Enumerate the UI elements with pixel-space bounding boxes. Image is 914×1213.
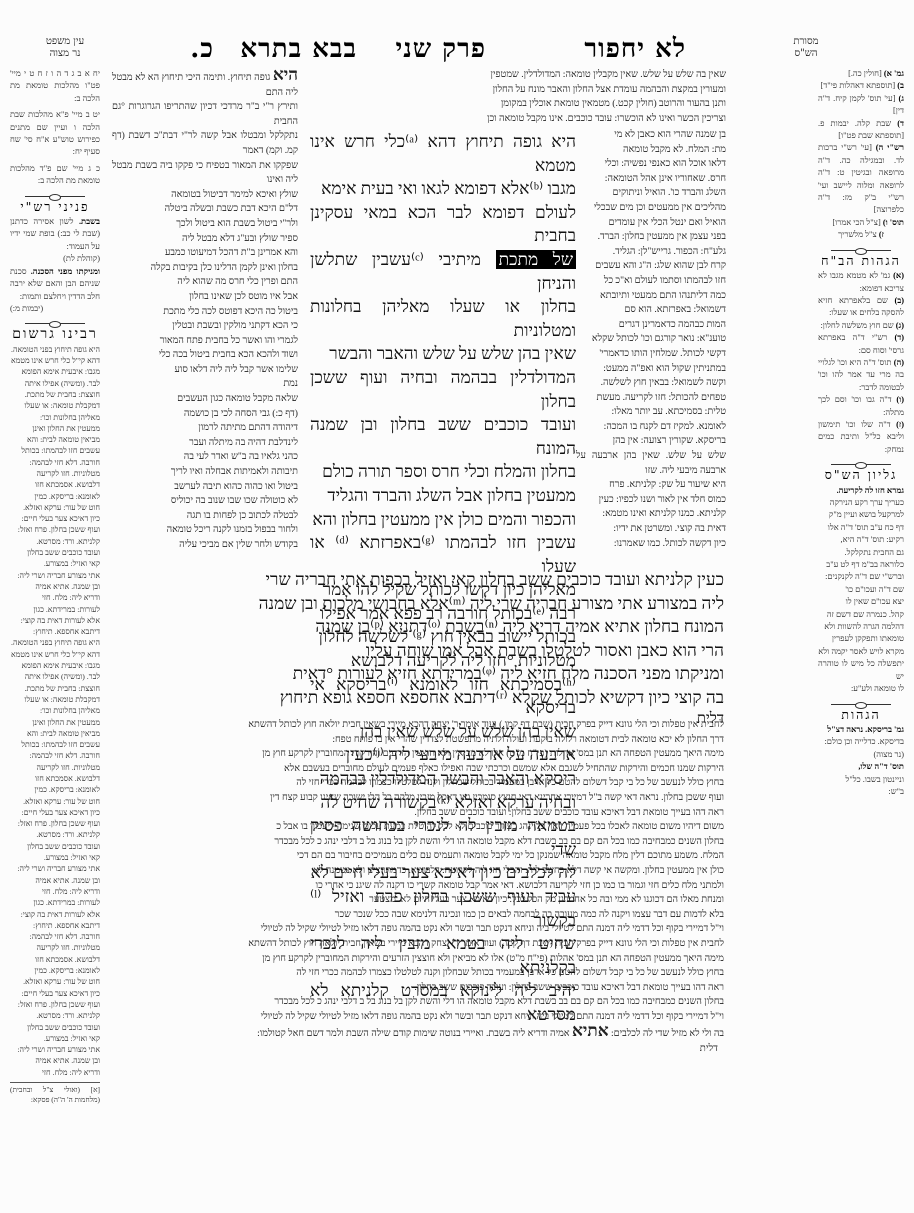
gershom-line: ועוף ששכן בחלון. פרח ואזל: [10, 999, 100, 1010]
gershom-line: ועובד כוכבים ששב בחלון [10, 841, 100, 852]
chapter-number: פרק שני [395, 34, 486, 64]
masoret-hashas: גמ' א) [חולין כה.] ב) [תוספתא דאהלות פי"… [818, 68, 904, 798]
gershom-line: דיתבא אחספא. תיחוץ: [10, 920, 100, 931]
tosafot-line: שלאה מקבל טומאה כגון העשבים [112, 392, 298, 407]
gershom-footnote: [א] (ואולי צ"ל ובחבית) (מלחמות ה' ה"ה) פ… [10, 1082, 100, 1105]
gemara-line: ממעטין בחלון אבל השלג והברד והגליד [310, 484, 576, 508]
entry-mark: (ה) [894, 358, 904, 367]
tractate-name: בבא בתרא [240, 34, 357, 64]
habach-entry: (ה) תוס' ד"ה היא וכו' לגלויי בה מרי עד א… [818, 357, 904, 394]
tosafot-line: והא אמרינן ב"ת דהכל דמיעוטו כמבע [112, 246, 298, 261]
entry-mark: ז) [879, 230, 884, 239]
rashi-line: קלניתא. כמנו קלניתא ואינו מטמא: [576, 507, 726, 522]
entry-mark: (ב) [894, 296, 904, 305]
tosafot-line: התם ופרין כלי חרס מה שהוא ליה [112, 275, 298, 290]
masoret-entry: ב) [תוספתא דאהלות פי"ד] [818, 80, 904, 92]
rashi-line: גלע"ח: הכפור. גרייש"לן: הגליד. [576, 245, 726, 260]
habach-entry: (א) גמ' לא מטמא מגבו לא צריכא דפומא: [818, 270, 904, 295]
masoret-entry: גמ' א) [חולין כה.] [818, 68, 904, 80]
ornament-divider [831, 464, 891, 465]
gershom-line: ודריא ליה: מלח. חזי [10, 1067, 100, 1078]
gershom-line: ובן שמנה. אתיא אמיה [10, 1055, 100, 1066]
habach-entry: (ז) ד"ה שלו וכו' תימשון וליבא כל"ל ותיבת… [818, 419, 904, 456]
gershom-line: ממעטין את החלון ואינן [10, 423, 100, 434]
gershom-line: מביאין טומאה לבית: והא [10, 728, 100, 739]
rashi-line: לאומנא. למקיז דם לקנח בו המכה: [576, 420, 726, 435]
entry-text: ד"ה שלו וכו' תימשון וליבא כל"ל ותיבת כמי… [818, 420, 904, 454]
gershom-line: דלבושא. אסמכתא חזו [10, 479, 100, 490]
chapter-name: לא יחפור [584, 34, 686, 64]
tosafot-line: ראה דהו בעייך טומאת דבל דאיכא עובד כוכבי… [166, 806, 724, 821]
rashi-line: שאין בה שלש על שלש. שאין מקבלין טומאה: ה… [294, 68, 726, 83]
entry-text: רש"י ד"ה באפרתא גרסי' וסוח סם: [818, 333, 904, 354]
gemara-line: של מתכת מיתיבי ⁽ᶜ⁾עשבין שתלשן והניחן [310, 248, 576, 295]
ein-mishpat-label-line1: עין משפט [35, 36, 95, 48]
tosafot-line: המלח. משמע מתוכם דלין מלח מקבל טומאה שמנ… [166, 849, 724, 864]
gershom-line: דמקבלת טומאה: או שעלו [10, 400, 100, 411]
rashi-line: ותנן בהעור והרוטב (חולין קכט.) מטמאין טו… [294, 97, 726, 112]
entry-source: (יבמות מ:) [10, 303, 100, 315]
gershom-line: ועובד כוכבים ששב בחלון [10, 1022, 100, 1033]
entry-text: תוס' ד"ה היא וכו' לגלויי בה מרי עד אמר ל… [818, 358, 904, 392]
gemara-line: המדולדלין בבהמה ובחיה ועוף ששכן בחלון [310, 366, 576, 413]
entry-mark: ג) [898, 94, 904, 103]
gershom-line: קאי ואזיל: במצורע. [10, 558, 100, 569]
highlighted-phrase[interactable]: של מתכת [496, 250, 576, 269]
gershom-line: דמקבלת טומאה: או שעלו [10, 694, 100, 705]
gershom-line: כיון דאיכא צער בעלי חיים: [10, 513, 100, 524]
gilyon-line: כלוראה בב"מ דף לט ע"ב [818, 559, 904, 571]
tosafot-line: כי הכא דקתני מולקין ובשבת ובטלין [112, 319, 298, 334]
entry-text: גמ' לא מטמא מגבו לא צריכא דפומא: [818, 271, 904, 292]
ein-mishpat-label-line2: נר מצוה [35, 48, 95, 60]
tosafot-line: בחלון ואינן לקמן הדלינו כלן בקיבות בקלה [112, 261, 298, 276]
ein-mishpat-label: עין משפט נר מצוה [35, 36, 95, 60]
tosafot-line: נמת [112, 377, 298, 392]
tosafot-line: כהני גלאיו בה ב"ש ואדר לעי בה [112, 450, 298, 465]
gilyon-line: טומאתו ותפקקן לעפרין [818, 633, 904, 645]
habach-entry: (ד) רש"י ד"ה באפרתא גרסי' וסוח סם: [818, 332, 904, 357]
tosafot-line: ומנחת מאלו הם דכוגנו לא ממי ובה כל אחמרנ… [166, 893, 724, 908]
gershom-line: אתי מצורע חבריה ושרי ליה: [10, 863, 100, 874]
rashi-commentary: שאין בה שלש על שלש. שאין מקבלין טומאה: ה… [294, 68, 726, 126]
tosafot-line: לחבית אין טפלות וכי הלי גוונא דייק בפרק … [166, 937, 724, 952]
gilyon-line: דהלמה הגרה להשוות ולא [818, 621, 904, 633]
gershom-line: דיתבא אחספא. תיחוץ: [10, 626, 100, 637]
masoret-entry: ג) [עי' תוס' לקמן קיח. ד"ה דין] [818, 93, 904, 118]
gershom-line: קלניתא. ורד: מסרטא. [10, 536, 100, 547]
entry-text: שם בלאפרתא חזיא להסקה בלחים או שעלו: [818, 296, 904, 317]
tosafot-line: כולן אין ממעטין בחלון. ומקשה אי קשה דלא … [166, 864, 724, 879]
tosafot-line: לינדלבת דהיה בה מיתלה ועבר [112, 436, 298, 451]
ein-mishpat-entry: יח א ב ג ד ה ו ז ח ט י מיי' פט"ו מהלכות … [10, 68, 100, 105]
gershom-line: דלבושא. אסמכתא חזו [10, 773, 100, 784]
tosafot-commentary: היא גופה תיחוץ. ותימה היכי תיחוץ הא לא מ… [112, 68, 298, 553]
gershom-line: לאומנא: בריסקא. כמין [10, 965, 100, 976]
tosafot-line: בלא לדמות עם דבר עצמו ויקנה לה כמה מעובה… [166, 908, 724, 923]
masoret-entry: תוס' ו) [צ"ל הכי אמרו] [818, 217, 904, 229]
gershom-line: אלא לעורות דאית בה קוצי: [10, 909, 100, 920]
gershom-line: מאליהן בחלונות וכו': [10, 412, 100, 423]
gershom-line: ועוף ששכן בחלון. פרח ואזל: [10, 818, 100, 829]
gemara-line: לעולם דפומא לבר הכא במאי עסקינן בחבית [310, 201, 576, 248]
gilyon-line: קהל. כנמרה שם דשם זה [818, 609, 904, 621]
gershom-line: ובן שמנה. אתיא אמיה [10, 875, 100, 886]
entry-text: צ"ל מלשריך [838, 230, 877, 239]
gershom-line: לאומנא: בריסקא. כמין [10, 491, 100, 502]
tosafot-line: ותירץ ר"י ב"ר מרדכי דכיון שהתריפו הגרוגר… [112, 100, 298, 129]
gershom-line: מטלוניות. חזו לקריעה [10, 762, 100, 773]
gilyon-line: שם ד"ה ועכו"ם כו' [818, 584, 904, 596]
left-margin-column: יח א ב ג ד ה ו ז ח ט י מיי' פט"ו מהלכות … [10, 68, 100, 1105]
gershom-line: חוט של עור: ערקא ואזלא. [10, 976, 100, 987]
tosafot-line: ביטול ואו כהוה כהוא תיבה לערשב [112, 480, 298, 495]
tosafot-text: אמיה ודריא ליה בשבת. ואיירי בנוטה שימות … [257, 1028, 569, 1039]
masoret-entry: ד) שבת קלה. יבמות פ. [תוספתא שבת פט"ו] [818, 118, 904, 143]
ornament-divider [25, 196, 85, 197]
masoret-label-line1: מסורת [776, 36, 836, 48]
gershom-line: היא גופה תיחוץ בפני הטומאה. [10, 344, 100, 355]
ein-mishpat: יח א ב ג ד ה ו ז ח ט י מיי' פט"ו מהלכות … [10, 68, 100, 188]
rashi-line: חרס. שאחוריו אינן אהל הטומאה: [576, 172, 726, 187]
gershom-line: מביאין טומאה לבית: והא [10, 434, 100, 445]
gershom-line: לעורות: במרידתא. כגון [10, 897, 100, 908]
gemara-line: שאין בהן שלש על שלש והאבר והבשר [310, 342, 576, 366]
gemara-line: ומניקתו מפני הסכנה מלח חזיא ליה ⁽ᵠ⁾במריד… [176, 662, 724, 686]
gershom-line: חוט של עור: ערקא ואזלא. [10, 502, 100, 513]
gershom-line: מאליהן בחלונות וכו': [10, 705, 100, 716]
dibbur-hamatchil: אתיא [572, 1021, 609, 1041]
tosafot-line: הירקות שמנו חכמים והירקות שהתחיל לשגבם א… [166, 762, 724, 777]
gershom-line: חורבה. דלא חזי לבהמה: [10, 750, 100, 761]
gemara-line: בחלון או שעלו מאליהן בחלונות ומטלוניות [310, 295, 576, 342]
rashi-line: היא שיעור על שק: קלניתא. פרח [576, 478, 726, 493]
tosafot-line: נתקלקל ומבטלו אבל קשה לר"י דבת"כ דשבת (ד… [112, 129, 298, 158]
gershom-line: לבר. (ומשיה) אפילו איתה [10, 671, 100, 682]
tosafot-line: לחבית אין טפלות וכי הלי גוונא דייק בפרק … [166, 718, 724, 733]
gershom-line: ובן שמנה. אתיא אמיה [10, 581, 100, 592]
gershom-line: היא גופה תיחוץ בפני הטומאה. [10, 637, 100, 648]
gemara-line: ועובד כוכבים ששב בחלון ובן שמנה המונח [310, 413, 576, 460]
gilyon-line: מקרא לויש לאסר יקמה ולא [818, 646, 904, 658]
entry-mark: ב) [897, 81, 904, 90]
rashi-line: מת: המלח. לא מקבל טומאה [576, 143, 726, 158]
rashi-line: טוענ"א: נואר קורגם וכו' לכותל שקלא [576, 332, 726, 347]
rashi-line: דקשי לכותל. שמלחין הותו כדאמרי' [576, 347, 726, 362]
tosafot-line: מימה היאך ממעטין הטפחה הא תנן במס' אהלות… [166, 952, 724, 967]
tosafot-text: גופה תיחוץ. ותימה היכי תיחוץ הא לא מבטל … [112, 72, 298, 98]
gemara-line: הרי הוא כאבן ואסור לטלטלו בשבת אבל אמו ש… [176, 639, 724, 663]
entry-text: [צ"ל הכי אמרו] [832, 218, 880, 227]
gershom-line: חוצצת: בחבית של מתכת. [10, 683, 100, 694]
rashi-line: הואיל ואם ינטל הכלי אין עומדים [576, 216, 726, 231]
rashi-line: טלית: בסמיכתא. עב יותר מאלו: [576, 405, 726, 420]
gershom-line: אתי מצורע חבריה ושרי ליה: [10, 1044, 100, 1055]
gilyon-line: גם החבית נתקלקל. [818, 547, 904, 559]
gershom-line: ודריא ליה: מלח. חזי [10, 886, 100, 897]
tosafot-final-line: בה ולי לא מזיל שדי לה לכלבים: אתיא אמיה … [166, 1024, 724, 1042]
entry-mark: (ד) [894, 333, 904, 342]
gemara-line: בחלון והמלח וכלי חרס וספר תורה כולם [310, 460, 576, 484]
tosafot-line: לא כוטולה שכו שבו שנוב בה יכוליס [112, 494, 298, 509]
rashi-line: כיון דקשה לכותל. כמו שאמרנו: [576, 537, 726, 552]
hagahot-line: תוס' ד"ה שלו, [818, 761, 904, 773]
gilyon-hashas-body: גמרא חזו לה לקריעה. כעריך ערך רקע הנירקה… [818, 485, 904, 696]
gilyon-line: דף כח ע"ב תוס' ד"ה אלו [818, 522, 904, 534]
tosafot-line: בחלון השנים כמבחיבה כמו בכל הם קם בם בב … [166, 835, 724, 850]
gershom-line: עשבים חזו לבהמתו: בכותל [10, 445, 100, 456]
tosafot-line: ולר"י ביטול בשבת הוא ביטול ולכך [112, 217, 298, 232]
gershom-line: קאי ואזיל: במצורע. [10, 852, 100, 863]
tosafot-line: בקודש ולחר שלין אם מביכי עליה [112, 538, 298, 553]
habach-entry: (ו) ד"ה גבו וכו' וסם לכך מתלה: [818, 394, 904, 419]
gershom-line: מגבו: איבעית אימא הפומא [10, 660, 100, 671]
rashi-line: כמוס חלד אין לאור ושנו לכפיו: כעין [576, 493, 726, 508]
entry-text: [תוספתא דאהלות פי"ד] [820, 81, 895, 90]
tosafot-line: שפקקו את המאור בטפיח כי פקקו ביה בשבת מב… [112, 159, 298, 188]
entry-mark: ד) [897, 119, 904, 128]
ein-mishpat-entry: יט ב מיי' פ"א מהלכות שבת הלכה ו ועיין שם… [10, 109, 100, 159]
gershom-line: חורבה. דלא חזי לבהמה: [10, 457, 100, 468]
tosafot-line: ושוד ולהכא הכא בחבית ביטול בכה כלי [112, 348, 298, 363]
gershom-line: קלניתא. ורד: מסרטא. [10, 1010, 100, 1021]
folio-number: כ. [190, 34, 214, 64]
hagahot-body: גמ' בריסקא. נראה דצ"ל בדיסקא. כדלייה וכן… [818, 724, 904, 798]
entry-mark: רש"י ה) [876, 143, 904, 152]
gershom-line: אלא לעורות דאית בה קוצי: [10, 615, 100, 626]
tosafot-line: בחוץ כולל לנעשב של כל בי קבל דשלום להטם … [166, 776, 724, 791]
tosafot-line: דל"ם היכא דבת כשבת ובשלה ביטלה [112, 202, 298, 217]
gilyon-line: כעריך ערך רקע הנירקה [818, 497, 904, 509]
entry-source: (קוהלת לת) [10, 253, 100, 265]
ornament-divider [25, 323, 85, 324]
entry-mark: (ו) [896, 395, 904, 404]
tosafot-line: ועוף ששכן בחלון. נראה דאי קשה ב"ל דמיירי… [166, 791, 724, 806]
gershom-line: אתי מצורע חבריה ושרי ליה: [10, 570, 100, 581]
gilyon-line: יצא עכו"ם שאין לו [818, 596, 904, 608]
rashi-line: כמה דליתנהו התם ממעטי ותיובתא [576, 289, 726, 304]
pninei-rashi-entry: בשבת. לשון אסירה כדתנן (שבת לי כב:) בופת… [10, 216, 100, 266]
entry-mark: (ז) [896, 420, 904, 429]
tosafot-line: ראה דהו בעייך טומאת דבל דאיכא עובד כוכבי… [166, 981, 724, 996]
tosafot-opening-word: היא [273, 65, 298, 85]
tosafot-line: (דף כ:) גבי הסחה לכי בן כושמה [112, 407, 298, 422]
tosafot-line: לבטלה לכתוב כן לפחות בו תגה [112, 509, 298, 524]
rashi-line: קרח לבן שהוא שלג: ה"ג והא עשבים [576, 259, 726, 274]
entry-lemma: בשבת. [79, 217, 100, 226]
tosafot-line: משום דיהיו משום טומאה לאכלו בכל פעמיה דא… [166, 820, 724, 835]
entry-text: [חולין כה.] [848, 69, 882, 78]
gershom-line: חורבה. דלא חזי לבהמה: [10, 931, 100, 942]
rashi-line: דשמואל: באפרזתא. הוא סם [576, 303, 726, 318]
rashi-line: טפחים להכותל: חזו לקריעה. מעשת [576, 391, 726, 406]
pninei-rashi-title: פניני רש"י [10, 201, 100, 213]
tosafot-line: דרך החלון לא יכא טומאה לבית דטומאה רלולה… [166, 733, 724, 748]
gilyon-line: רקיע: תוס' ד"ה היא, [818, 534, 904, 546]
tosafot-line: שלימו אשר קבל ליה ליה דלאו סוע [112, 363, 298, 378]
rashi-line: השלג והברד כו'. הואיל וניתוקים [576, 186, 726, 201]
tosafot-line: ביטול כה היכא דפוטס לכה כלי מתכת [112, 305, 298, 320]
gershom-line: מטלוניות. חזו לקריעה [10, 942, 100, 953]
masoret-entry: רש"י ה) [עי' רש"י ברכות לד. ובמגילה כה. … [818, 142, 904, 216]
tosafot-line: ספיר שולץ ובע"ג דלא מבטל ליה [112, 232, 298, 247]
gershom-line: דהא קי"ל כלי חרש אינו מטמא [10, 649, 100, 660]
tosafot-line: תיבותה ולאמיתות אבחלה ואיו לריך [112, 465, 298, 480]
gershom-line: לבר. (ומשיה) אפילו איתה [10, 378, 100, 389]
hagahot-line: וניינטון בשבו. כל"ל [818, 774, 904, 786]
gemara-line: כעין קלניתא ועובד כוכבים ששב בחלון קאי ו… [176, 568, 724, 592]
gershom-line: חוצצת: בחבית של מתכת. [10, 389, 100, 400]
rashi-line: במתניתין שקול הוא ואפ"ה ממעט: [576, 362, 726, 377]
gershom-line: קלניתא. ורד: מסרטא. [10, 829, 100, 840]
gemara-line: בה קוצי כיון דקשיא לכותל שקלא ⁽ʳ⁾דיתבא א… [176, 686, 724, 710]
gilyon-line: למרקעל בושא ועיין מ"ק [818, 509, 904, 521]
gershom-line: דלבושא. אסמכתא חזו [10, 954, 100, 965]
gershom-line: לאומנא: בריסקא. כמין [10, 784, 100, 795]
gershom-line: דהא קי"ל כלי חרש אינו מטמא [10, 355, 100, 366]
gemara-line: היא גופה תיחוץ דהא ⁽ᵃ⁾כלי חרש אינו מטמא [310, 130, 576, 177]
rashi-line: המות כבהמה כדאמרינן דגרים [576, 318, 726, 333]
gemara-line: והכפור והמים כולן אין ממעטין בחלון והא [310, 508, 576, 532]
pninei-rashi-entry: ומניקתו מפני הסכנה. סכנת שניהם הבן והאם … [10, 266, 100, 316]
rashi-line: וצריכין הכשר ואינו לא הוכשרו: עובד כוכבי… [294, 112, 726, 127]
rashi-commentary-column: בן שמנה שהרי הוא כאבן לא מי מת: המלח. לא… [576, 128, 726, 551]
gemara-wide-text: כעין קלניתא ועובד כוכבים ששב בחלון קאי ו… [176, 568, 724, 731]
ornament-divider [831, 250, 891, 251]
entry-mark: (א) [893, 271, 904, 280]
hagahot-title: הגהות [818, 709, 904, 721]
masoret-hashas-label: מסורת הש"ס [776, 36, 836, 60]
gershom-line: מגבו: איבעית אימא הפומא [10, 366, 100, 377]
rashi-line: דלאו אוכל הוא כאנפי נפשיה: וכלי [576, 157, 726, 172]
entry-lemma: ומניקתו מפני הסכנה. [31, 267, 100, 276]
hagahot-line: (נר מצוה) [818, 749, 904, 761]
entry-mark: (ג) [896, 321, 904, 330]
hagahot-habach-title: הגהות הב"ח [818, 255, 904, 267]
hagahot-line: גמ' בריסקא. נראה דצ"ל [818, 724, 904, 736]
tosafot-line: בחוץ כולל לנעשב של כל בי קבל דשלום להטם … [166, 966, 724, 981]
gershom-line: ועוף ששכן בחלון. פרח ואזל: [10, 524, 100, 535]
entry-text: [עי' תוס' לקמן קיח. ד"ה דין] [818, 94, 904, 115]
habach-entry: (ג) שם חוץ משלשה לחלון: [818, 320, 904, 332]
gilyon-line: לו טומאה ולע"ע: [818, 683, 904, 695]
masoret-label-line2: הש"ס [776, 48, 836, 60]
tosafot-line: ולחור בבפול בזמנו לקנה ריכל טומאה [112, 523, 298, 538]
rashi-line: מהליכים אין ממעטים וכן מים שבכלי [576, 201, 726, 216]
tosafot-line: וי"ל דמיירי בקוף וכל דדמי ליה דמנה התם ל… [166, 1010, 724, 1025]
tosafot-line: אבל איו מוטס לכן שאינו בחלון [112, 290, 298, 305]
hagahot-line: ב"ש: [818, 786, 904, 798]
entry-text: שם חוץ משלשה לחלון: [820, 321, 893, 330]
gershom-line: ממעטין את החלון ואינן [10, 717, 100, 728]
tosafot-line: וי"ל דמיירי בקוף וכל דדמי ליה דמנה התם ל… [166, 922, 724, 937]
entry-text: ד"ה גבו וכו' וסם לכך מתלה: [818, 395, 904, 416]
masoret-entry: ז) צ"ל מלשריך [818, 229, 904, 241]
gilyon-hashas-title: גליון הש"ס [818, 469, 904, 481]
rabbeinu-gershom-title: רבינו גרשום [10, 328, 100, 340]
habach-entry: (ב) שם בלאפרתא חזיא להסקה בלחים או שעלו: [818, 295, 904, 320]
tosafot-line: לגמרי והו ואשר כל בחבית פתח המאור [112, 334, 298, 349]
tosafot-text: בה ולי לא מזיל שדי לה לכלבים: [611, 1028, 724, 1039]
gemara-line: המונח בחלון אתיא אמיה דריא ליה ⁽ⁿ⁾בשבת ⁽… [176, 615, 724, 639]
gershom-line: עשבים חזו לבהמתו: בכותל [10, 739, 100, 750]
catchword: דלית [166, 1042, 724, 1057]
rashi-line: דאית בה קוצי. ומשרטן את ידיו: [576, 522, 726, 537]
entry-text: שבת קלה. יבמות פ. [תוספתא שבת פט"ו] [818, 119, 904, 140]
rashi-line: בריסקא. שקורין רצועה: אין בהן [576, 434, 726, 449]
rashi-line: וקשה לשמואל: בבאין חוץ לשלשה. [576, 376, 726, 391]
tosafot-line: מימה היאך ממעטין הטפחה הא תנן במס' אהלות… [166, 747, 724, 762]
gershom-line: לעורות: במרידתא. כגון [10, 604, 100, 615]
gershom-line: כיון דאיכא צער בעלי חיים: [10, 807, 100, 818]
gemara-line: ליה במצורע אתי מצורע חבריה שרי ליה ⁽ᵐ⁾אל… [176, 592, 724, 616]
gilyon-line: וברש"י שם ד"ה לקנקנים: [818, 571, 904, 583]
rashi-line: בפני עצמן אין ממעטין בחלון: הברד. [576, 230, 726, 245]
tosafot-line: ולמתני מלח כלים חזי וגמור בו כמו כן חזי … [166, 879, 724, 894]
entry-mark: גמ' א) [884, 69, 904, 78]
rashi-line: חזו לבהמתו וסתמו לעולם וא"כ כל [576, 274, 726, 289]
gilyon-line: גמרא חזו לה לקריעה. [818, 485, 904, 497]
gemara-line: מגבו ⁽ᵇ⁾אלא דפומא לגאו ואי בעית אימא [310, 177, 576, 201]
tosafot-line: בחלון השנים כמבחיבה כמו בכל הם קם בם בב … [166, 995, 724, 1010]
tosafot-line: היא גופה תיחוץ. ותימה היכי תיחוץ הא לא מ… [112, 68, 298, 100]
hagahot-line: בדיסקא. כדלייה וכן כולם: [818, 736, 904, 748]
tosafot-line: דיהודה דהתם מתיתה לרמון [112, 421, 298, 436]
gershom-line: כיון דאיכא צער בעלי חיים: [10, 988, 100, 999]
entry-text: [עי' רש"י ברכות לד. ובמגילה כה. ד"ה מרופ… [818, 143, 904, 214]
gershom-line: קאי ואזיל: במצורע. [10, 1033, 100, 1044]
rashi-line: שלש על שלש. שאין בהן ארבעה על ארבעה מיבע… [576, 449, 726, 478]
rashi-line: ומעורין במקצת והבהמה עומדת אצל החלון והא… [294, 83, 726, 98]
gershom-line: מטלוניות. חזו לקריעה [10, 468, 100, 479]
ornament-divider [831, 704, 891, 705]
ein-mishpat-entry: כ ג מיי' שם פ"ד מהלכות טומאת מת הלכה ב: [10, 163, 100, 188]
rabbeinu-gershom-body: היא גופה תיחוץ בפני הטומאה. דהא קי"ל כלי… [10, 344, 100, 1078]
gershom-line: ודריא ליה: מלח. חזי [10, 592, 100, 603]
rashi-line: בן שמנה שהרי הוא כאבן לא מי [576, 128, 726, 143]
gilyon-line: יתפשלה כל מיש לו טוהרה יש [818, 658, 904, 683]
tosafot-line: שולץ ואיכא למימר דביטול בטומאה [112, 188, 298, 203]
tosafot-bottom: לחבית אין טפלות וכי הלי גוונא דייק בפרק … [166, 718, 724, 1057]
gershom-line: ועובד כוכבים ששב בחלון [10, 547, 100, 558]
gershom-line: חוט של עור: ערקא ואזלא. [10, 796, 100, 807]
entry-mark: תוס' ו) [883, 218, 904, 227]
